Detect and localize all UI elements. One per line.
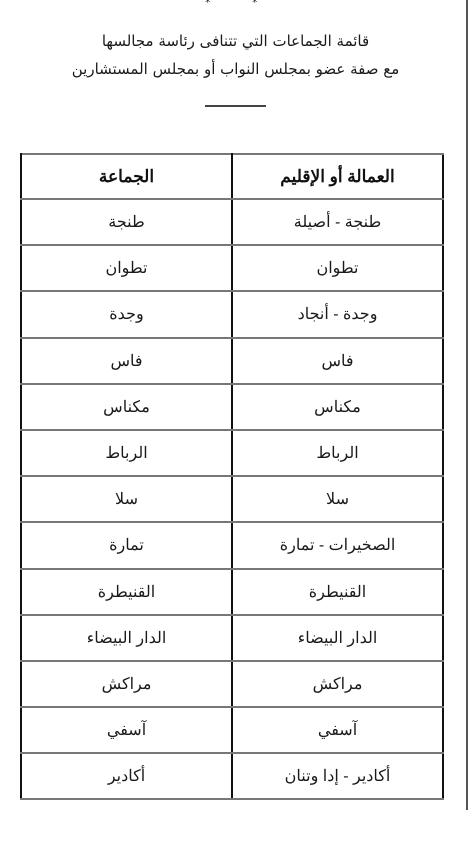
cell-prefecture-province: سلا (232, 476, 443, 522)
cell-prefecture-province: الدار البيضاء (232, 615, 443, 661)
cell-prefecture-province: فاس (232, 338, 443, 384)
cell-commune: آسفي (21, 707, 232, 753)
cell-commune: طنجة (21, 199, 232, 245)
cell-prefecture-province: الصخيرات - تمارة (232, 522, 443, 568)
cell-commune: مراكش (21, 661, 232, 707)
header-commune: الجماعة (21, 154, 232, 199)
cell-prefecture-province: أكادير - إدا وتنان (232, 753, 443, 799)
cell-prefecture-province: طنجة - أصيلة (232, 199, 443, 245)
table-header-row: العمالة أو الإقليم الجماعة (21, 154, 443, 199)
cell-commune: فاس (21, 338, 232, 384)
cell-commune: تمارة (21, 522, 232, 568)
cell-commune: الرباط (21, 430, 232, 476)
cell-prefecture-province: وجدة - أنجاد (232, 291, 443, 337)
table-row: طنجة - أصيلة طنجة (21, 199, 443, 245)
table-row: فاس فاس (21, 338, 443, 384)
cell-commune: تطوان (21, 245, 232, 291)
table-row: وجدة - أنجاد وجدة (21, 291, 443, 337)
table-row: سلا سلا (21, 476, 443, 522)
cell-commune: مكناس (21, 384, 232, 430)
cell-prefecture-province: آسفي (232, 707, 443, 753)
table-row: الدار البيضاء الدار البيضاء (21, 615, 443, 661)
cell-prefecture-province: تطوان (232, 245, 443, 291)
table-row: آسفي آسفي (21, 707, 443, 753)
cell-commune: سلا (21, 476, 232, 522)
header-prefecture-province: العمالة أو الإقليم (232, 154, 443, 199)
cell-prefecture-province: مراكش (232, 661, 443, 707)
cell-commune: القنيطرة (21, 569, 232, 615)
table-row: أكادير - إدا وتنان أكادير (21, 753, 443, 799)
cell-prefecture-province: القنيطرة (232, 569, 443, 615)
table-row: مكناس مكناس (21, 384, 443, 430)
cell-commune: وجدة (21, 291, 232, 337)
table-row: الصخيرات - تمارة تمارة (21, 522, 443, 568)
cell-commune: أكادير (21, 753, 232, 799)
title-underline-divider (205, 105, 266, 107)
communes-table: العمالة أو الإقليم الجماعة طنجة - أصيلة … (20, 153, 444, 800)
title-line-2: مع صفة عضو بمجلس النواب أو بمجلس المستشا… (0, 55, 471, 83)
asterisk-icon: * (205, 0, 211, 8)
cell-prefecture-province: مكناس (232, 384, 443, 430)
asterisk-icon: * (252, 0, 258, 8)
document-title: قائمة الجماعات التي تتنافى رئاسة مجالسها… (0, 27, 471, 83)
table-row: القنيطرة القنيطرة (21, 569, 443, 615)
table-row: الرباط الرباط (21, 430, 443, 476)
cell-prefecture-province: الرباط (232, 430, 443, 476)
title-line-1: قائمة الجماعات التي تتنافى رئاسة مجالسها (0, 27, 471, 55)
decorative-stars: * * (0, 0, 471, 9)
page-edge-divider (466, 0, 468, 810)
table-row: مراكش مراكش (21, 661, 443, 707)
cell-commune: الدار البيضاء (21, 615, 232, 661)
table-row: تطوان تطوان (21, 245, 443, 291)
